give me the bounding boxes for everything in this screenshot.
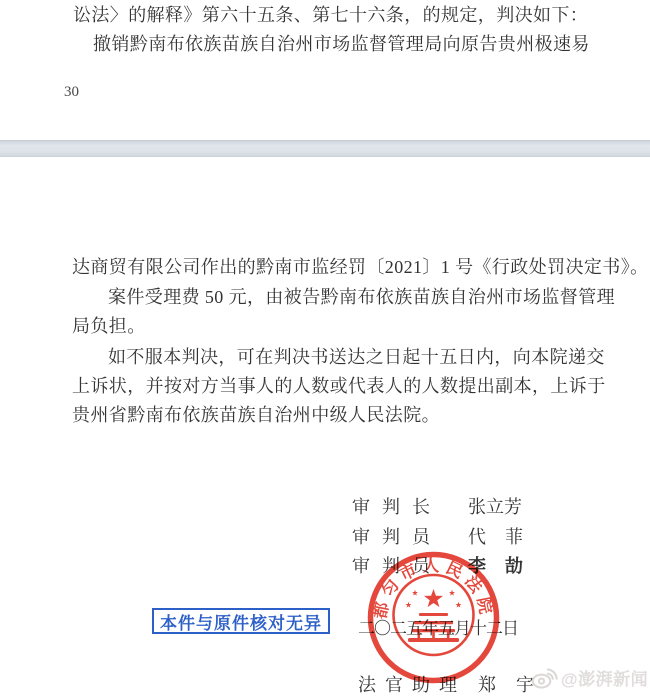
judge-role-label: 审判员 [352, 552, 442, 578]
watermark: @澎湃新闻 [531, 663, 648, 691]
judgment-document-page: 讼法〉的解释》第六十五条、第七十六条，的规定，判决如下： 撤销黔南布依族苗族自治… [0, 0, 650, 697]
page-separator [0, 140, 650, 157]
body-line-1: 达商贸有限公司作出的黔南市监经罚〔2021〕1 号《行政处罚决定书》。 [72, 256, 649, 278]
judgment-date: 二〇二五年五月十二日 [358, 614, 518, 639]
body-line-3: 局负担。 [72, 315, 146, 337]
judge-name: 代菲 [468, 523, 542, 549]
verification-stamp: 本件与原件核对无异 [152, 608, 330, 634]
signature-row-presiding-judge: 审判长张立芳 [352, 493, 522, 519]
body-line-4: 如不服本判决，可在判决书送达之日起十五日内，向本院递交 [108, 346, 605, 368]
top-text-line-2: 撤销黔南布依族苗族自治州市场监督管理局向原告贵州极速易 [93, 33, 590, 55]
judge-role-label: 审判长 [352, 493, 442, 519]
signature-row-judge-2: 审判员代菲 [352, 523, 542, 549]
page-number: 30 [64, 84, 79, 101]
body-line-5: 上诉状，并按对方当事人的人数或代表人的人数提出副本，上诉于 [72, 375, 606, 397]
watermark-text: @澎湃新闻 [561, 665, 648, 690]
judge-role-label: 审判员 [352, 523, 442, 549]
top-text-line-1: 讼法〉的解释》第六十五条、第七十六条，的规定，判决如下： [73, 4, 588, 26]
judge-name: 张立芳 [468, 493, 522, 519]
judge-name: 李劼 [468, 552, 542, 578]
weibo-icon [531, 663, 559, 691]
signature-row-judge-3: 审判员李劼 [352, 552, 542, 578]
body-line-2: 案件受理费 50 元，由被告黔南布依族苗族自治州市场监督管理 [108, 286, 615, 308]
assistant-role-label: 法官助理 [358, 671, 466, 697]
signature-row-assistant: 法官助理郑宇 [358, 671, 554, 697]
verification-stamp-text: 本件与原件核对无异 [160, 609, 322, 634]
body-line-6: 贵州省黔南布依族苗族自治州中级人民法院。 [72, 404, 440, 426]
